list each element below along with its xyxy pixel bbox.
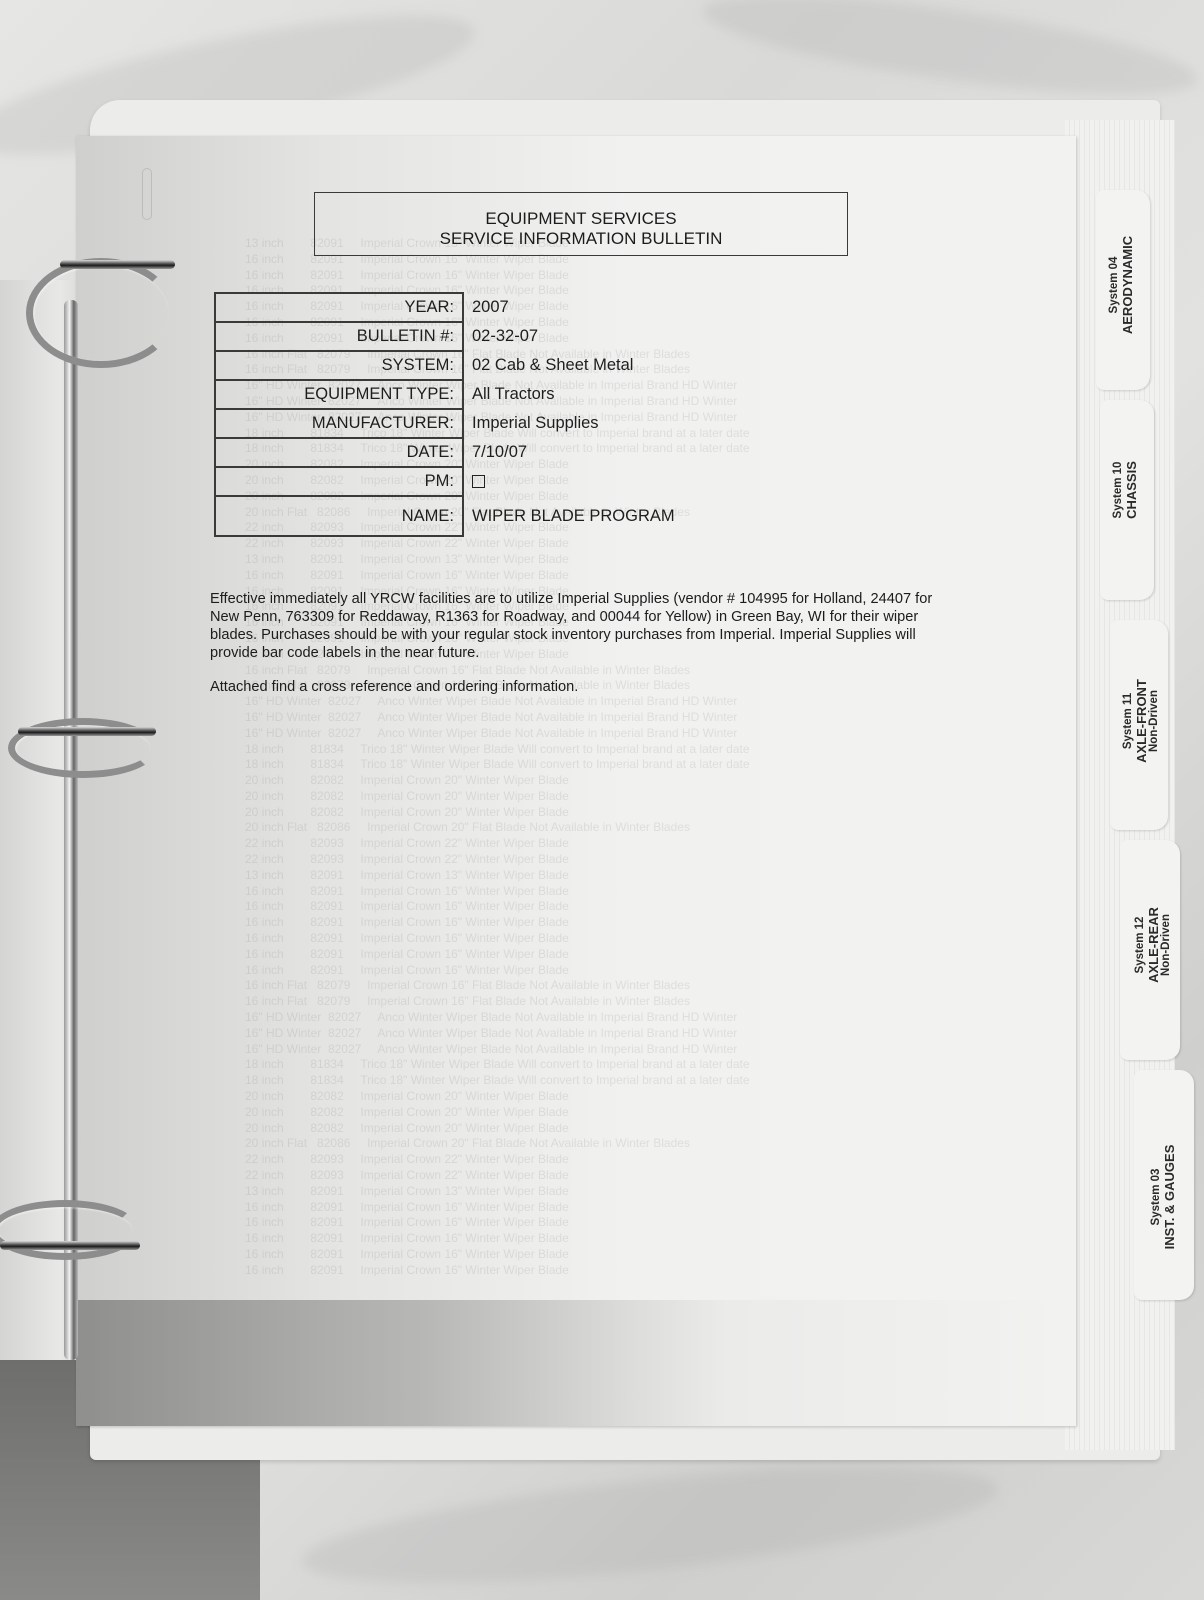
binder-ring-bottom-bar	[0, 1241, 140, 1250]
body-paragraph: Attached find a cross reference and orde…	[210, 678, 940, 696]
bulletin-header: EQUIPMENT SERVICES SERVICE INFORMATION B…	[314, 192, 848, 256]
tab-title: CHASSIS	[1124, 461, 1139, 519]
tab-label-aerodynamic: System 04 AERODYNAMIC	[1108, 225, 1134, 345]
tab-label-axle-front: System 11 AXLE-FRONT Non-Driven	[1122, 666, 1161, 776]
field-label: PM:	[215, 467, 463, 496]
field-row-pm: PM:	[215, 467, 676, 496]
field-row-name: NAME: WIPER BLADE PROGRAM	[215, 496, 676, 536]
field-row-equipment-type: EQUIPMENT TYPE: All Tractors	[215, 380, 676, 409]
field-value: 02-32-07	[463, 322, 676, 351]
tab-title: AERODYNAMIC	[1120, 236, 1135, 334]
bulletin-info-table: YEAR: 2007 BULLETIN #: 02-32-07 SYSTEM: …	[214, 292, 677, 537]
tab-label-chassis: System 10 CHASSIS	[1112, 450, 1138, 530]
field-label: DATE:	[215, 438, 463, 467]
field-value: All Tractors	[463, 380, 676, 409]
field-value: 2007	[463, 293, 676, 322]
field-value: Imperial Supplies	[463, 409, 676, 438]
field-value: WIPER BLADE PROGRAM	[463, 496, 676, 536]
field-label: SYSTEM:	[215, 351, 463, 380]
header-line2: SERVICE INFORMATION BULLETIN	[315, 229, 847, 249]
punch-hole	[142, 168, 152, 220]
field-label: NAME:	[215, 496, 463, 536]
field-row-year: YEAR: 2007	[215, 293, 676, 322]
field-label: YEAR:	[215, 293, 463, 322]
field-label: MANUFACTURER:	[215, 409, 463, 438]
binder-ring-middle-bar	[18, 727, 156, 736]
tab-title: AXLE-FRONT	[1134, 679, 1149, 763]
body-paragraph: Effective immediately all YRCW facilitie…	[210, 590, 940, 662]
pm-checkbox[interactable]	[472, 475, 485, 488]
header-line1: EQUIPMENT SERVICES	[315, 209, 847, 229]
field-row-manufacturer: MANUFACTURER: Imperial Supplies	[215, 409, 676, 438]
field-row-bulletin-number: BULLETIN #: 02-32-07	[215, 322, 676, 351]
bulletin-body: Effective immediately all YRCW facilitie…	[210, 590, 940, 712]
tab-subtitle: Non-Driven	[1160, 890, 1173, 1000]
field-label: EQUIPMENT TYPE:	[215, 380, 463, 409]
field-row-system: SYSTEM: 02 Cab & Sheet Metal	[215, 351, 676, 380]
field-label: BULLETIN #:	[215, 322, 463, 351]
tab-label-inst-gauges: System 03 INST. & GAUGES	[1150, 1122, 1176, 1272]
field-value: 02 Cab & Sheet Metal	[463, 351, 676, 380]
tab-label-axle-rear: System 12 AXLE-REAR Non-Driven	[1134, 890, 1173, 1000]
field-row-date: DATE: 7/10/07	[215, 438, 676, 467]
binder-ring-top	[26, 258, 176, 368]
tab-title: AXLE-REAR	[1146, 907, 1161, 983]
field-value: 7/10/07	[463, 438, 676, 467]
tab-title: INST. & GAUGES	[1162, 1145, 1177, 1250]
tab-subtitle: Non-Driven	[1148, 666, 1161, 776]
marble-vein	[698, 0, 1203, 114]
marble-vein	[297, 1444, 1003, 1600]
binder-ring-top-bar	[60, 260, 175, 269]
